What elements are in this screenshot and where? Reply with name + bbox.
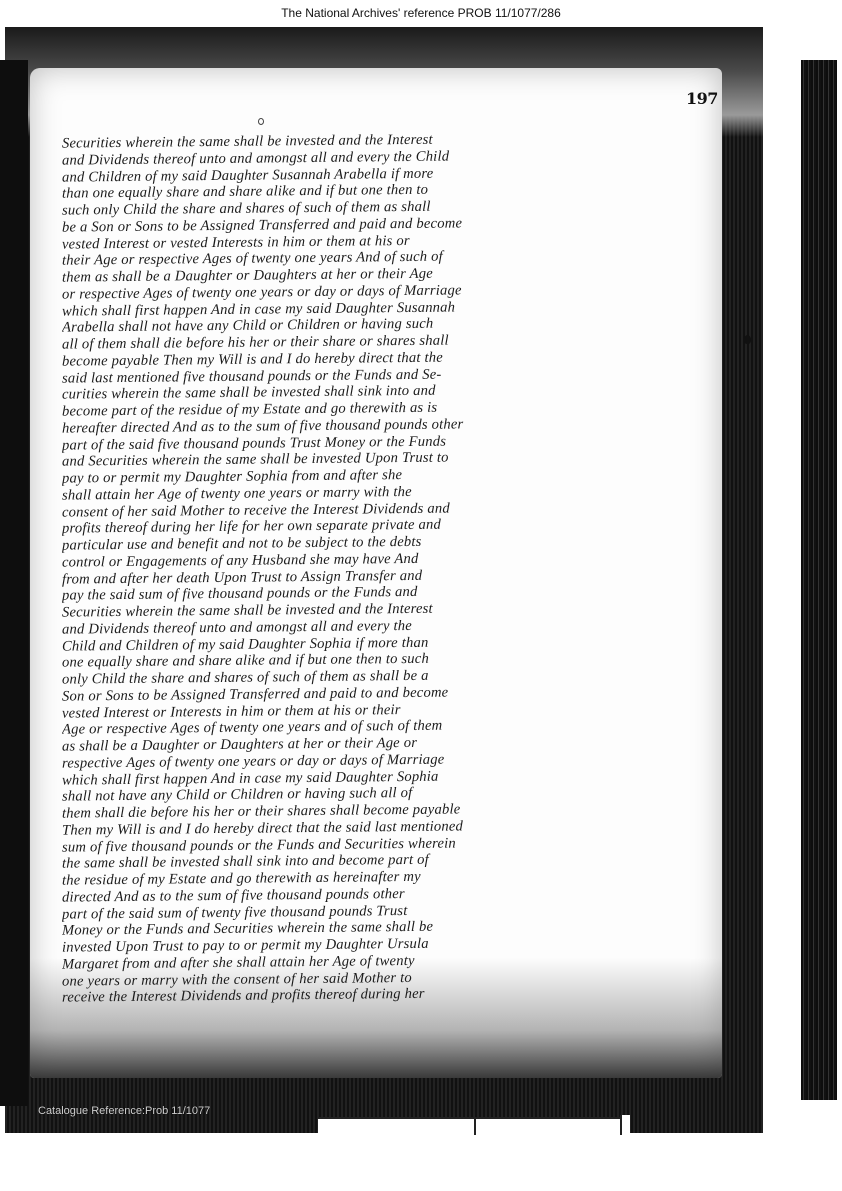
ink-mark [258, 118, 264, 125]
label-divider [474, 1119, 476, 1135]
archive-reference-header: The National Archives' reference PROB 11… [0, 6, 842, 20]
handwritten-text-block: Securities wherein the same shall be inv… [62, 133, 562, 1004]
scan-right-border [801, 60, 837, 1100]
manuscript-line: receive the Interest Dividends and profi… [62, 985, 562, 1007]
label-right-cap [620, 1115, 630, 1135]
scan-left-border [0, 60, 28, 1106]
scan-base-label-strip [318, 1117, 622, 1135]
catalogue-reference-footer: Catalogue Reference:Prob 11/1077 [38, 1105, 210, 1117]
margin-ink-blot [744, 335, 751, 344]
folio-number: 197 [686, 89, 718, 108]
